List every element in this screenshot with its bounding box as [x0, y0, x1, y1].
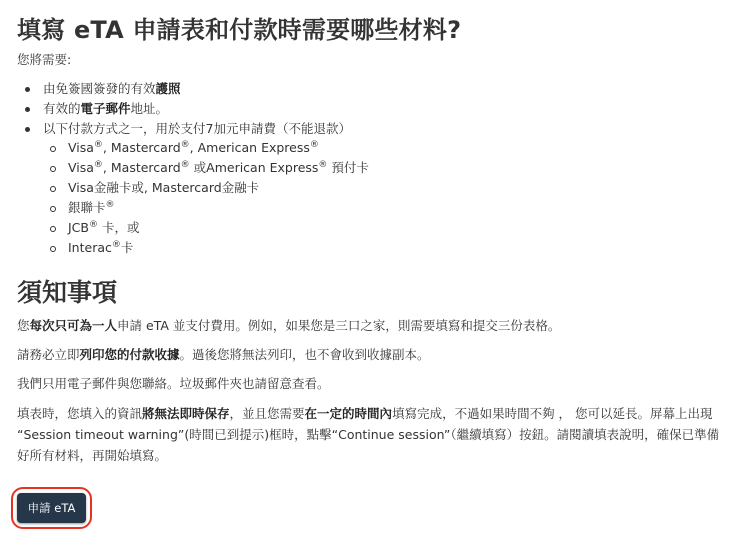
intro-text: 您將需要: [17, 51, 71, 69]
notice-paragraph-session: 填表時，您填入的資訊將無法即時保存，並且您需要在一定的時間內填寫完成，不過如果時… [17, 403, 729, 466]
requirements-list: 由免簽國簽發的有效護照 有效的電子郵件地址。 以下付款方式之一，用於支付7加元申… [17, 79, 351, 139]
list-item-passport: 由免簽國簽發的有效護照 [17, 79, 351, 99]
notice-heading: 須知事項 [17, 277, 117, 309]
list-item-email: 有效的電子郵件地址。 [17, 99, 351, 119]
circle-bullet-icon [50, 186, 56, 192]
payment-methods-list: Visa®, Mastercard®, American Express® Vi… [47, 137, 369, 257]
payment-method-item: JCB® 卡，或 [47, 217, 369, 237]
apply-eta-button[interactable]: 申請 eTA [17, 493, 86, 523]
circle-bullet-icon [50, 206, 56, 212]
payment-method-item: Visa®, Mastercard® 或American Express® 預付… [47, 157, 369, 177]
circle-bullet-icon [50, 166, 56, 172]
bullet-icon [25, 107, 30, 112]
notice-paragraph-email: 我們只用電子郵件與您聯絡。垃圾郵件夾也請留意查看。 [17, 373, 729, 394]
notice-paragraph-one-person: 您每次只可為一人申請 eTA 並支付費用。例如，如果您是三口之家，則需要填寫和提… [17, 315, 729, 336]
circle-bullet-icon [50, 146, 56, 152]
payment-method-item: 銀聯卡® [47, 197, 369, 217]
bullet-icon [25, 87, 30, 92]
circle-bullet-icon [50, 246, 56, 252]
payment-method-item: Interac®卡 [47, 237, 369, 257]
payment-method-item: Visa金融卡或, Mastercard金融卡 [47, 177, 369, 197]
page-title: 填寫 eTA 申請表和付款時需要哪些材料? [17, 14, 461, 46]
notice-paragraph-receipt: 請務必立即列印您的付款收據。過後您將無法列印，也不會收到收據副本。 [17, 344, 729, 365]
circle-bullet-icon [50, 226, 56, 232]
bullet-icon [25, 127, 30, 132]
list-item-payment: 以下付款方式之一，用於支付7加元申請費（不能退款） [17, 119, 351, 139]
payment-method-item: Visa®, Mastercard®, American Express® [47, 137, 369, 157]
